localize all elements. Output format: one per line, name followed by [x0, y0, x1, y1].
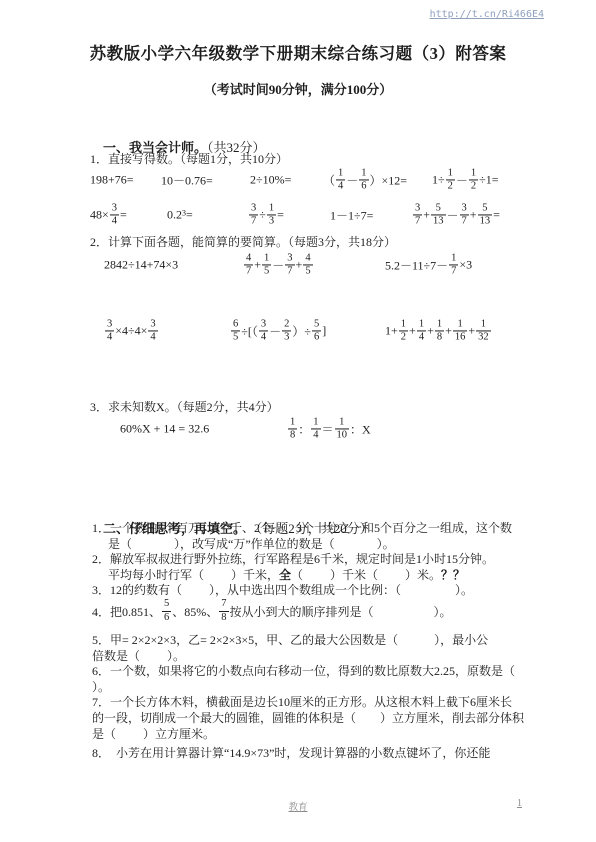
- math-problem: 37÷13=: [248, 202, 284, 227]
- math-problem: 0.23=: [167, 208, 193, 223]
- math-problem: 65÷[（34－23）÷56]: [230, 318, 326, 343]
- math-problem: 47+15－37+45: [243, 252, 314, 277]
- math-problem: 18：14＝110：X: [287, 416, 371, 441]
- math-problem: 198+76=: [90, 173, 134, 188]
- math-problem: 1+12+14+18+116+132: [385, 318, 492, 343]
- math-problem: 5.2－11÷7－17×3: [385, 252, 472, 277]
- math-problem: 1÷12－12÷1=: [432, 167, 498, 192]
- math-problem: 60%X + 14 = 32.6: [120, 422, 209, 437]
- fill-blank-line: 7．一个长方体木料，横截面是边长10厘米的正方形。从这根木料上截下6厘米长: [92, 693, 512, 710]
- math-problem: 37+513－37+513=: [412, 202, 500, 227]
- q2-row2: 34×4÷4×34 65÷[（34－23）÷56] 1+12+14+18+116…: [0, 310, 596, 352]
- exam-page: http://t.cn/Ri466E4 苏教版小学六年级数学下册期末综合练习题（…: [0, 0, 596, 842]
- math-problem: 10－0.76=: [161, 172, 213, 189]
- fill-blank-line: 6．一个数，如果将它的小数点向右移动一位，得到的数比原数大2.25，原数是（: [92, 662, 515, 679]
- math-problem: 1－1÷7=: [330, 207, 373, 224]
- q2-row1: 2842÷14+74×3 47+15－37+45 5.2－11÷7－17×3: [0, 246, 596, 284]
- fill-blank-line: 4．把0.851、56、85%、78按从小到大的顺序排列是（ ）。: [92, 594, 452, 628]
- exam-time-info: （考试时间90分钟，满分100分）: [0, 79, 596, 98]
- math-problem: 2842÷14+74×3: [104, 258, 178, 273]
- math-problem: 2÷10%=: [250, 173, 291, 188]
- q1-row2: 48×34= 0.23= 37÷13= 1－1÷7= 37+513－37+513…: [0, 197, 596, 233]
- q3-row1: 60%X + 14 = 32.6 18：14＝110：X: [0, 411, 596, 447]
- source-link[interactable]: http://t.cn/Ri466E4: [430, 9, 544, 20]
- footer-watermark: 教育: [0, 799, 596, 813]
- fill-blank-line: 5．甲= 2×2×2×3，乙= 2×2×3×5，甲、乙的最大公因数是（ ），最小…: [92, 631, 488, 648]
- fill-blank-line: 是（ ）立方厘米。: [92, 725, 215, 742]
- page-title: 苏教版小学六年级数学下册期末综合练习题（3）附答案: [0, 40, 596, 64]
- page-number: 1: [517, 798, 522, 809]
- q1-row1: 198+76= 10－0.76= 2÷10%= （14－16）×12= 1÷12…: [0, 162, 596, 198]
- fill-blank-line: 的一段，切削成一个最大的圆锥，圆锥的体积是（ ）立方厘米，削去部分体积: [92, 709, 524, 726]
- math-problem: （14－16）×12=: [323, 167, 407, 192]
- fill-blank-line: 8． 小芳在用计算器计算“14.9×73”时，发现计算器的小数点键坏了，你还能: [92, 744, 490, 761]
- math-problem: 34×4÷4×34: [104, 318, 159, 343]
- fill-blank-line: 2．解放军叔叔进行野外拉练，行军路程是6千米，规定时间是1小时15分钟。: [92, 550, 494, 567]
- fill-blank-line: 1．一个数由5个百万、6个千、2个一、3个十分之一和5个百分之一组成，这个数: [92, 519, 512, 536]
- math-problem: 48×34=: [90, 202, 127, 227]
